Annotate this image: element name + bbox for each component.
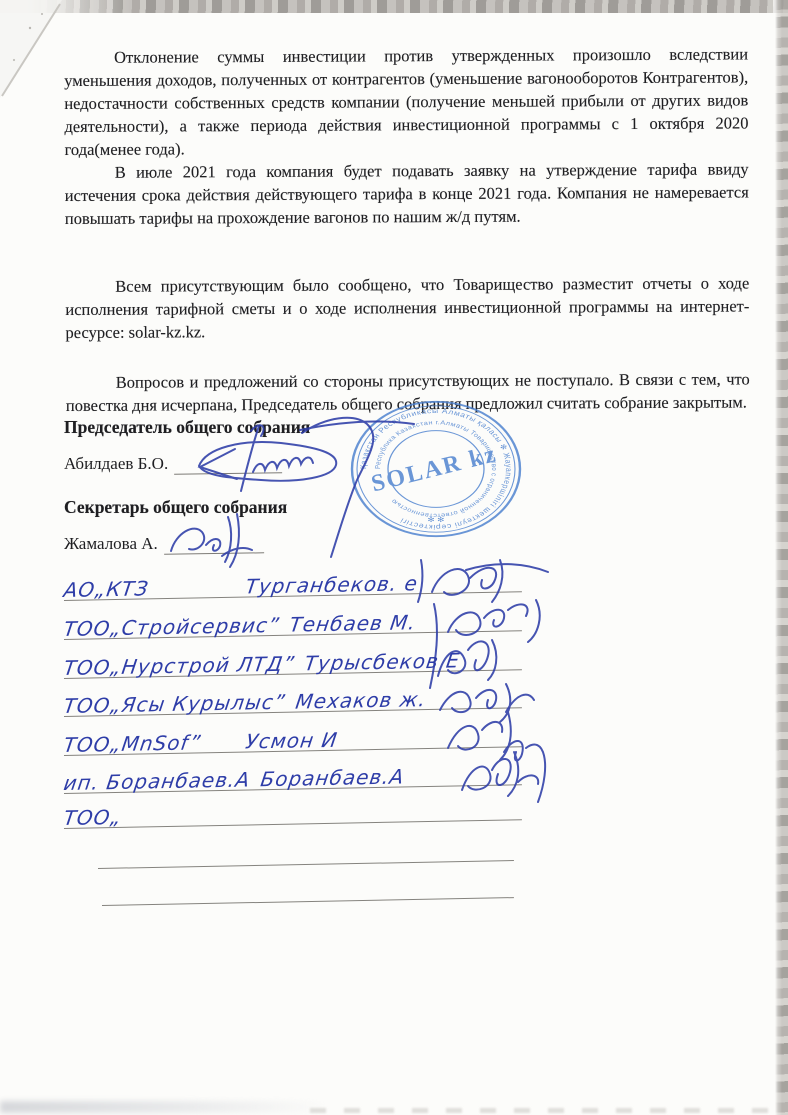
stamp-center-text: SOLAR kz [369,441,500,497]
scan-smudge-bottom-left [0,1101,330,1113]
scan-smudge-bottom [310,1108,770,1113]
stamp-bottom-marks: ✻ ✻ [427,516,444,524]
scan-edge-right [773,0,788,1115]
svg-text:Республика Казахстан г.Алматы: Республика Казахстан г.Алматы Товарищест… [374,420,497,518]
attendee-row: АО„КТЗ Турганбеков. е [63,559,522,601]
chairman-name-row: Абилдаев Б.О. [64,453,282,474]
company-stamp: Қазақстан Республикасы Алматы қаласы ✻ Ж… [350,398,522,540]
attendee-name: Турысбеков Е [303,650,461,673]
svg-text:Қазақстан Республикасы Алматы: Қазақстан Республикасы Алматы қаласы ✻ Ж… [358,407,514,531]
empty-signature-line [98,860,514,869]
secretary-signature-line [164,532,264,554]
attendee-name: Тенбаев М. [288,612,417,634]
attendee-name: Усмон И [244,730,339,752]
secretary-title: Секретарь общего собрания [64,497,287,518]
chairman-name: Абилдаев Б.О. [64,454,168,474]
stamp-outer-ring-text: Қазақстан Республикасы Алматы қаласы ✻ Ж… [358,407,514,531]
chairman-title: Председатель общего собрания [64,417,310,438]
attendee-row: ТОО„MnSof” Усмон И [63,714,522,756]
attendee-name: Турганбеков. е [244,573,419,596]
scanned-document-page: Отклонение суммы инвестиции против утвер… [0,0,788,1115]
secretary-name: Жамалова А. [64,534,158,554]
attendee-row: ТОО„Нурстрой ЛТД” Турысбеков Е [63,637,522,679]
attendee-org: ТОО„Ясы Курылыс” [62,692,286,716]
attendee-org: ТОО„Нурстрой ЛТД” [62,654,296,678]
attendee-name: Мехаков ж. [294,689,427,712]
attendee-row: ТОО„Стройсервис” Тенбаев М. [63,598,522,640]
secretary-name-row: Жамалова А. [64,533,264,554]
attendee-row: ТОО„Ясы Курылыс” Мехаков ж. [63,675,522,717]
paragraph-reports-website: Всем присутствующим было сообщено, что Т… [65,271,749,344]
attendee-name: Боранбаев.А [259,766,405,789]
attendee-org: ТОО„ [62,805,237,828]
attendee-org: АО„КТЗ [62,577,237,600]
document-body-text: Отклонение суммы инвестиции против утвер… [64,42,750,417]
chairman-signature-line [174,452,282,475]
attendee-org: ТОО„Стройсервис” [62,615,280,639]
paragraph-tariff-application: В июле 2021 года компания будет подавать… [65,157,749,230]
empty-signature-line [102,897,514,906]
paragraph-meeting-closed: Вопросов и предложений со стороны присут… [66,367,750,417]
paragraph-investment-deviation: Отклонение суммы инвестиции против утвер… [64,42,749,161]
scan-edge-top [0,0,788,13]
attendee-org: ип. Боранбаев.А [62,769,251,793]
attendee-org: ТОО„MnSof” [62,732,237,755]
stamp-inner-ring-text: Республика Казахстан г.Алматы Товарищест… [374,420,497,518]
